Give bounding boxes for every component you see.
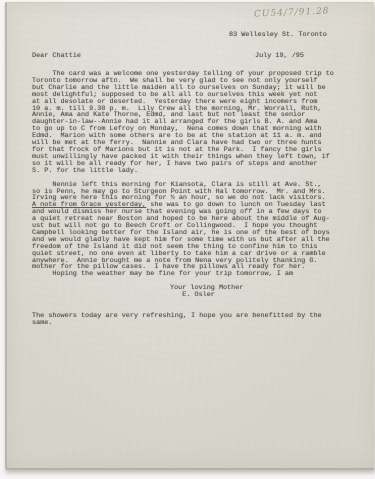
letter-date: July 19, /95 [229, 53, 327, 60]
postscript: The showers today are very refreshing, I… [32, 313, 372, 327]
scan-background: { "letter": { "annotation": "CU54/7/91.2… [0, 0, 375, 479]
sender-address: 83 Wellesley St. Toronto [229, 32, 327, 39]
letter-paragraph-2: Nennie left this morning for Kiansota, C… [32, 182, 372, 279]
salutation: Dear Chattie [32, 53, 81, 60]
letter-paragraph-1: The card was a welcome one yesterday tel… [32, 71, 372, 175]
paragraph-2-text-before-underline: Nennie left this morning for Kiansota, C… [32, 181, 326, 203]
letter-header: 83 Wellesley St. Toronto July 19, /95 [229, 18, 327, 73]
letter-page: CU54/7/91.28 83 Wellesley St. Toronto Ju… [5, 2, 374, 470]
paragraph-2-text-after-underline: she was to go down to lunch on Tuesday l… [32, 201, 330, 278]
signature-block: Your loving Mother E. Osler [170, 285, 372, 299]
letter-body: The card was a welcome one yesterday tel… [32, 71, 372, 334]
